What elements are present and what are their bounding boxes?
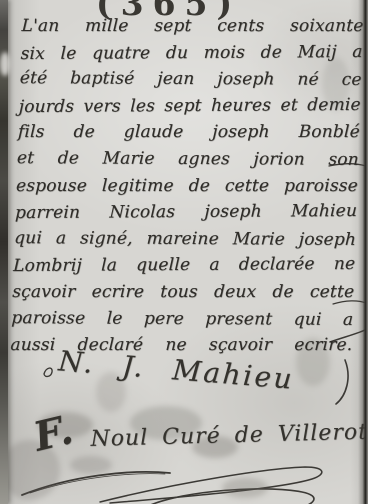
text-line: été baptisé jean joseph né ce xyxy=(19,65,362,93)
text-line: six le quatre du mois de Maij a xyxy=(20,39,363,68)
text-line: paroisse le pere present qui a xyxy=(11,305,354,333)
text-line: parrein Nicolas joseph Mahieu xyxy=(15,198,358,227)
baptism-record-text: L'an mille sept cents soixante six le qu… xyxy=(10,13,364,359)
signature-priest-initial: F. xyxy=(29,406,77,461)
text-line: L'an mille sept cents soixante xyxy=(21,13,364,40)
signature-priest: F.Noul Curé de Villerot xyxy=(33,402,368,458)
ink-smudge xyxy=(222,478,268,498)
text-line: sçavoir ecrire tous deux de cette xyxy=(12,279,355,306)
text-line: espouse legitime de cette paroisse xyxy=(16,173,359,200)
text-line: et de Marie agnes jorion son xyxy=(16,145,359,173)
signature-priest-name: Noul Curé de Villerot xyxy=(90,420,368,452)
text-line: fils de glaude joseph Bonblé xyxy=(17,119,360,146)
text-line: qui a signé, mareine Marie joseph xyxy=(14,225,357,253)
text-line: Lombrij la quelle a declarée ne xyxy=(13,251,356,280)
text-line: jourds vers les sept heures et demie xyxy=(18,92,361,121)
manuscript-page: (365) L'an mille sept cents soixante six… xyxy=(0,0,368,504)
ink-smudge xyxy=(70,456,112,474)
page-crease-edge xyxy=(358,0,368,504)
binding-edge-notch xyxy=(0,52,10,76)
